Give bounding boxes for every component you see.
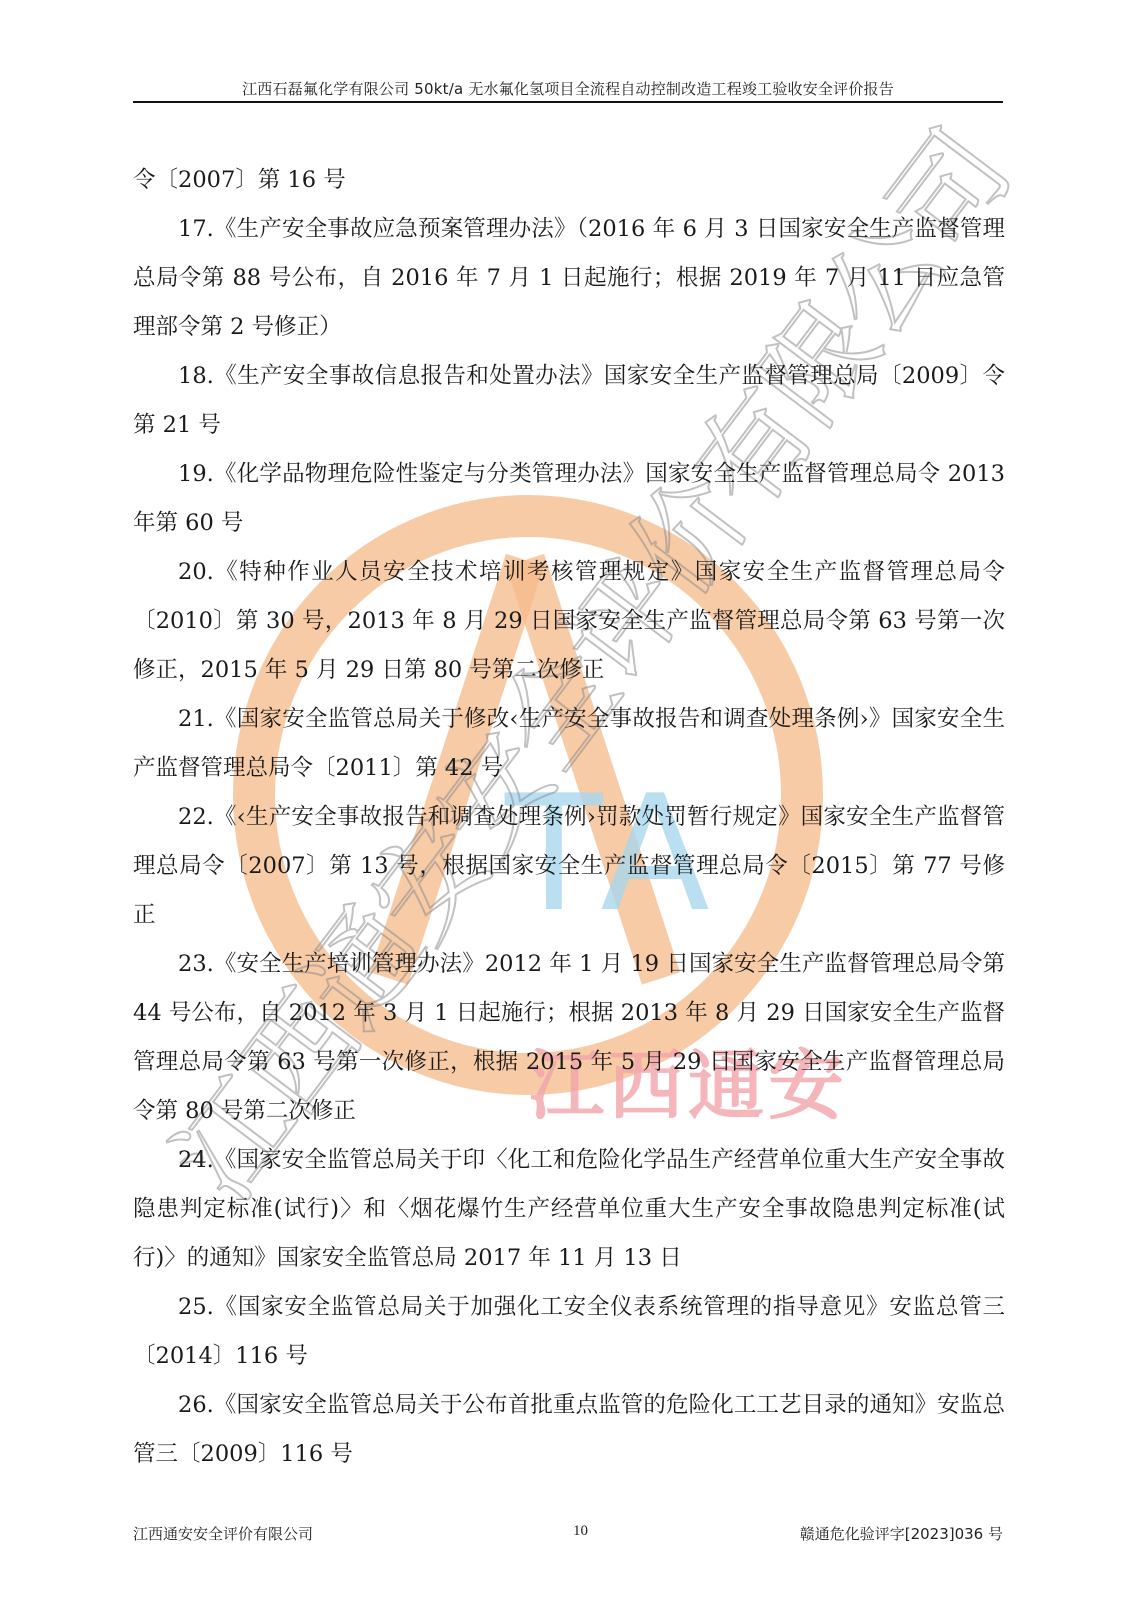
regulation-item-25: 25.《国家安全监管总局关于加强化工安全仪表系统管理的指导意见》安监总管三〔20… xyxy=(133,1283,1005,1381)
regulation-item-21: 21.《国家安全监管总局关于修改‹生产安全事故报告和调查处理条例›》国家安全生产… xyxy=(133,695,1005,793)
regulation-item-24: 24.《国家安全监管总局关于印〈化工和危险化学品生产经营单位重大生产安全事故隐患… xyxy=(133,1136,1005,1283)
regulation-item-18: 18.《生产安全事故信息报告和处置办法》国家安全生产监督管理总局〔2009〕令第… xyxy=(133,352,1005,450)
footer-company: 江西通安安全评价有限公司 xyxy=(133,1523,313,1544)
footer-doc-number: 赣通危化验评字[2023]036 号 xyxy=(800,1523,1003,1544)
regulation-item-17: 17.《生产安全事故应急预案管理办法》（2016 年 6 月 3 日国家安全生产… xyxy=(133,205,1005,352)
document-body: 令〔2007〕第 16 号 17.《生产安全事故应急预案管理办法》（2016 年… xyxy=(133,156,1005,1479)
regulation-item-22: 22.《‹生产安全事故报告和调查处理条例›罚款处罚暂行规定》国家安全生产监督管理… xyxy=(133,793,1005,940)
footer-page-number: 10 xyxy=(573,1523,588,1540)
regulation-item-19: 19.《化学品物理危险性鉴定与分类管理办法》国家安全生产监督管理总局令 2013… xyxy=(133,450,1005,548)
header-divider xyxy=(133,101,1003,103)
paragraph-continuation: 令〔2007〕第 16 号 xyxy=(133,156,1005,205)
regulation-item-26: 26.《国家安全监管总局关于公布首批重点监管的危险化工工艺目录的通知》安监总管三… xyxy=(133,1381,1005,1479)
regulation-item-20: 20.《特种作业人员安全技术培训考核管理规定》国家安全生产监督管理总局令〔201… xyxy=(133,548,1005,695)
page-header-title: 江西石磊氟化学有限公司 50kt/a 无水氟化氢项目全流程自动控制改造工程竣工验… xyxy=(133,78,1003,99)
regulation-item-23: 23.《安全生产培训管理办法》2012 年 1 月 19 日国家安全生产监督管理… xyxy=(133,940,1005,1136)
